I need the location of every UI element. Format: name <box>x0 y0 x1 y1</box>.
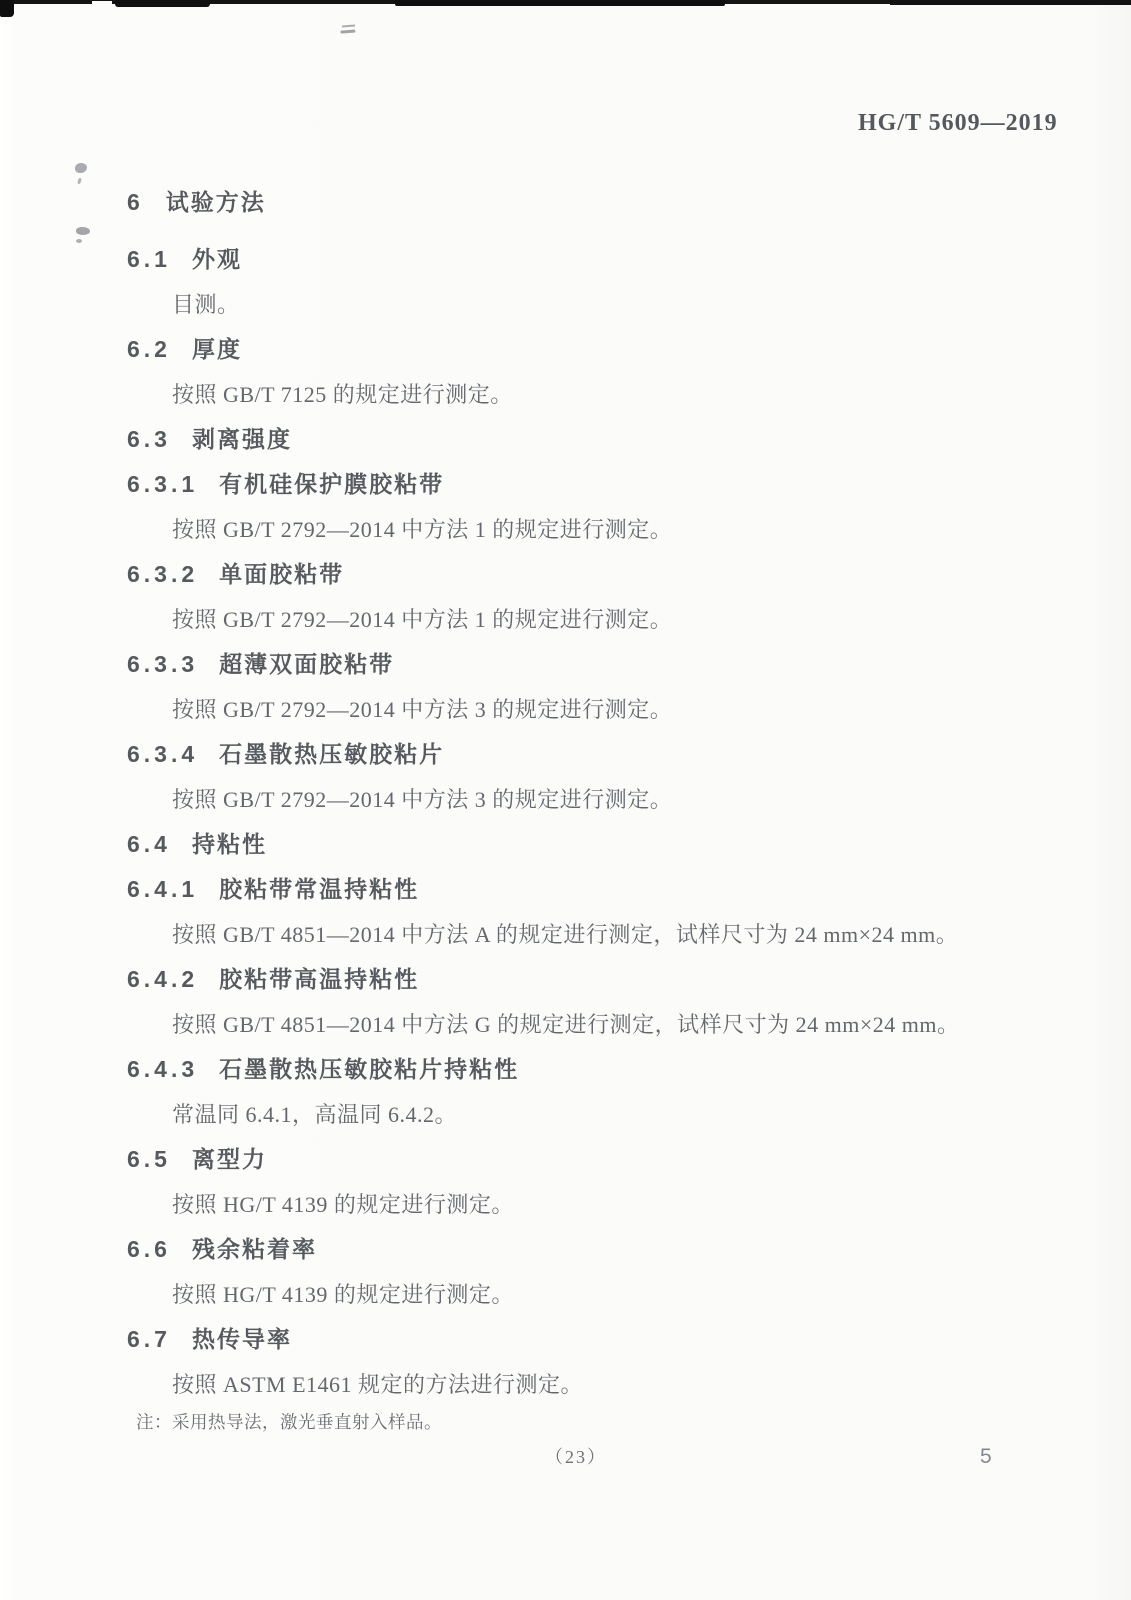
paragraph: 按照 ASTM E1461 规定的方法进行测定。 <box>0 1362 1131 1407</box>
sheet-number: （23） <box>545 1443 607 1469</box>
section-heading: 6.3.3超薄双面胶粘带 <box>0 642 1131 687</box>
section-number: 6.2 <box>127 336 171 362</box>
section-title: 胶粘带常温持粘性 <box>219 876 419 902</box>
section-number: 6.4 <box>127 831 171 857</box>
section-heading: 6.3.2单面胶粘带 <box>0 552 1131 597</box>
section-number: 6 <box>127 189 140 215</box>
document-page: HG/T 5609—2019 6试验方法6.1外观目测。6.2厚度按照 GB/T… <box>0 0 1131 1600</box>
paragraph: 按照 HG/T 4139 的规定进行测定。 <box>0 1182 1131 1227</box>
section-title: 有机硅保护膜胶粘带 <box>219 471 444 497</box>
section-title: 石墨散热压敏胶粘片持粘性 <box>219 1056 519 1082</box>
section-number: 6.1 <box>127 246 171 272</box>
section-number: 6.7 <box>127 1326 171 1352</box>
section-title: 残余粘着率 <box>192 1236 317 1262</box>
section-heading: 6.7热传导率 <box>0 1317 1131 1362</box>
scan-edge-corner-blob <box>0 0 14 17</box>
section-title: 胶粘带高温持粘性 <box>219 966 419 992</box>
scan-smudge <box>75 163 87 173</box>
section-number: 6.5 <box>127 1146 171 1172</box>
section-number: 6.3.3 <box>127 651 198 677</box>
section-heading: 6.3.4石墨散热压敏胶粘片 <box>0 732 1131 777</box>
section-title: 单面胶粘带 <box>219 561 344 587</box>
section-title: 剥离强度 <box>192 426 292 452</box>
paragraph: 按照 GB/T 7125 的规定进行测定。 <box>0 372 1131 417</box>
doc-number: HG/T 5609—2019 <box>858 110 1058 137</box>
section-heading: 6.4.2胶粘带高温持粘性 <box>0 957 1131 1002</box>
section-title: 厚度 <box>192 336 242 362</box>
section-title: 外观 <box>192 246 242 272</box>
section-heading: 6.4.1胶粘带常温持粘性 <box>0 867 1131 912</box>
paragraph: 按照 GB/T 2792—2014 中方法 3 的规定进行测定。 <box>0 687 1131 732</box>
paragraph: 按照 HG/T 4139 的规定进行测定。 <box>0 1272 1131 1317</box>
section-number: 6.6 <box>127 1236 171 1262</box>
paragraph: 常温同 6.4.1，高温同 6.4.2。 <box>0 1092 1131 1137</box>
paragraph: 按照 GB/T 2792—2014 中方法 3 的规定进行测定。 <box>0 777 1131 822</box>
paragraph: 按照 GB/T 4851—2014 中方法 A 的规定进行测定，试样尺寸为 24… <box>0 912 1131 957</box>
note-line: 注：采用热导法，激光垂直射入样品。 <box>0 1407 1131 1441</box>
section-heading: 6.1外观 <box>0 237 1131 282</box>
section-number: 6.3.2 <box>127 561 198 587</box>
section-number: 6.3.1 <box>127 471 198 497</box>
page-number: 5 <box>980 1445 992 1469</box>
section-title: 试验方法 <box>166 189 266 215</box>
scan-edge-gap <box>92 1 112 5</box>
section-title: 热传导率 <box>192 1326 292 1352</box>
paragraph: 按照 GB/T 4851—2014 中方法 G 的规定进行测定，试样尺寸为 24… <box>0 1002 1131 1047</box>
section-number: 6.3.4 <box>127 741 198 767</box>
section-title: 离型力 <box>192 1146 267 1172</box>
document-body: 6试验方法6.1外观目测。6.2厚度按照 GB/T 7125 的规定进行测定。6… <box>0 179 1131 1441</box>
paragraph: 目测。 <box>0 282 1131 327</box>
section-title: 持粘性 <box>192 831 267 857</box>
scan-edge-segment <box>395 0 725 6</box>
paragraph: 按照 GB/T 2792—2014 中方法 1 的规定进行测定。 <box>0 507 1131 552</box>
scan-smudge <box>342 25 355 28</box>
section-title: 石墨散热压敏胶粘片 <box>219 741 444 767</box>
section-heading: 6.6残余粘着率 <box>0 1227 1131 1272</box>
section-number: 6.3 <box>127 426 171 452</box>
section-heading: 6.5离型力 <box>0 1137 1131 1182</box>
scan-edge-segment <box>115 0 210 7</box>
section-heading: 6.4持粘性 <box>0 822 1131 867</box>
section-title: 超薄双面胶粘带 <box>219 651 394 677</box>
section-number: 6.4.1 <box>127 876 198 902</box>
section-number: 6.4.2 <box>127 966 198 992</box>
section-number: 6.4.3 <box>127 1056 198 1082</box>
scan-edge-segment <box>890 0 1131 5</box>
section-heading: 6.2厚度 <box>0 327 1131 372</box>
section-heading: 6.4.3石墨散热压敏胶粘片持粘性 <box>0 1047 1131 1092</box>
section-heading: 6.3.1有机硅保护膜胶粘带 <box>0 462 1131 507</box>
section-heading: 6.3剥离强度 <box>0 417 1131 462</box>
section-heading: 6试验方法 <box>0 179 1131 237</box>
paragraph: 按照 GB/T 2792—2014 中方法 1 的规定进行测定。 <box>0 597 1131 642</box>
